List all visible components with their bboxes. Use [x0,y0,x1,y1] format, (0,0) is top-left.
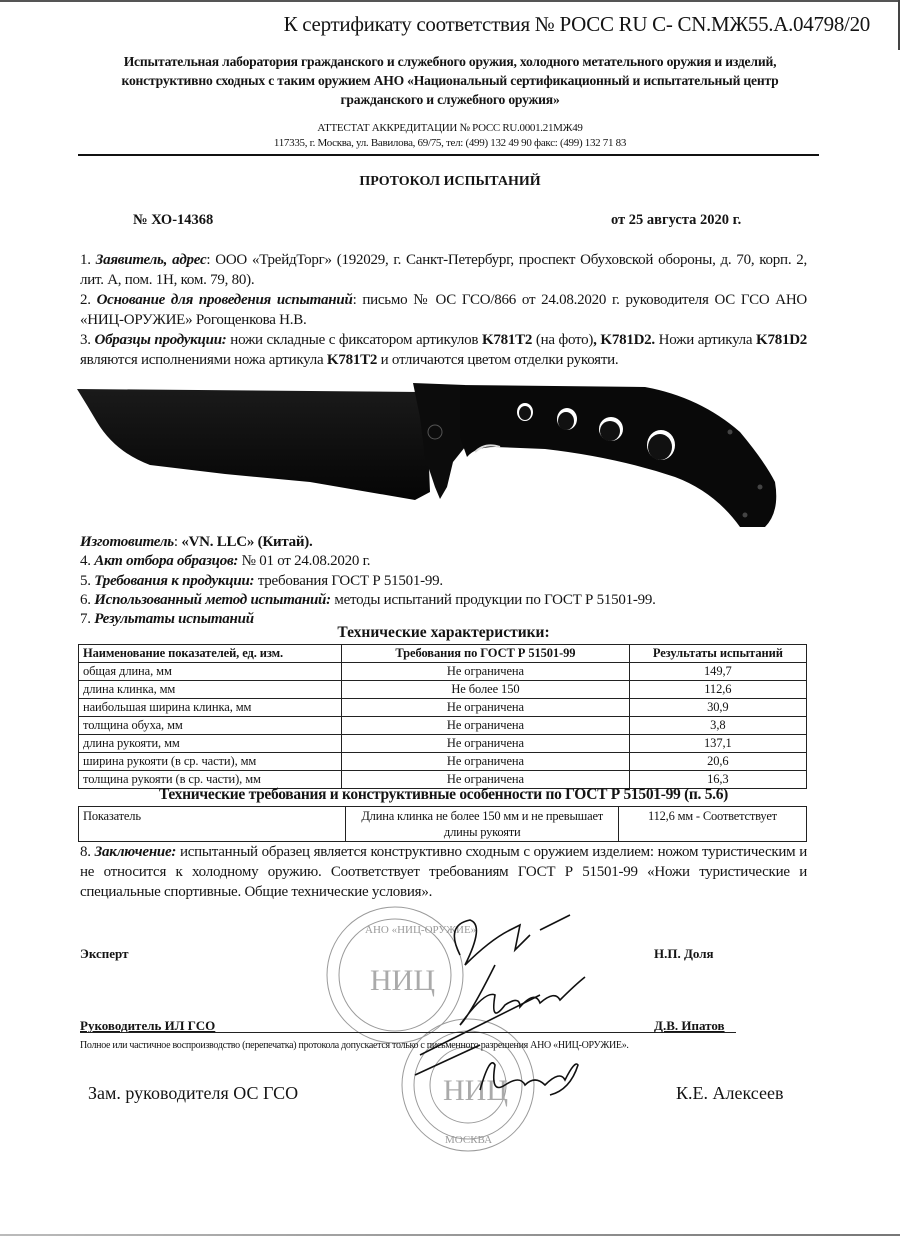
conclusion: 8. Заключение: испытанный образец являет… [80,842,807,902]
knife-photo [75,377,835,527]
item-text: и отличаются цветом отделки рукояти. [377,352,618,368]
item-text: № 01 от 24.08.2020 г. [238,553,370,569]
protocol-number: № ХО-14368 [133,212,213,229]
certificate-reference: К сертификату соответствия № РОСС RU С- … [250,12,870,37]
article-code: K781T2 [482,332,532,348]
table-cell: 149,7 [629,663,806,681]
table-cell: Не ограничена [342,663,630,681]
item-text: методы испытаний продукции по ГОСТ Р 515… [331,592,656,608]
tech-table-title: Технические характеристики: [80,624,807,642]
protocol-date: от 25 августа 2020 г. [611,212,741,229]
stamp-logo: НИЦ [443,1074,508,1107]
table-cell: толщина обуха, мм [79,717,342,735]
column-header: Наименование показателей, ед. изм. [79,645,342,663]
manufacturer-value: «VN. LLC» (Китай). [181,534,312,550]
item-number: 5. [80,573,94,589]
item-number: 1. [80,252,96,268]
table-row: длина рукояти, ммНе ограничена137,1 [79,735,807,753]
item-text: Ножи артикула [655,332,756,348]
items-list: Изготовитель: «VN. LLC» (Китай). 4. Акт … [80,533,807,629]
scan-edge-bottom [0,1234,900,1236]
table-row: толщина обуха, ммНе ограничена3,8 [79,717,807,735]
requirements-table-title: Технические требования и конструктивные … [80,786,807,804]
expert-name: Н.П. Доля [654,946,714,962]
table-row: ширина рукояти (в ср. части), ммНе огран… [79,753,807,771]
table-cell: 30,9 [629,699,806,717]
column-header: Результаты испытаний [629,645,806,663]
table-row: наибольшая ширина клинка, ммНе ограничен… [79,699,807,717]
table-cell: общая длина, мм [79,663,342,681]
item-label: Образцы продукции: [94,332,226,348]
reproduction-footnote: Полное или частичное воспроизводство (пе… [80,1040,810,1051]
item-text: испытанный образец является конструктивн… [80,844,807,900]
item-applicant: 1. Заявитель, адрес: ООО «ТрейдТорг» (19… [80,250,807,290]
table-cell: Показатель [79,807,346,842]
table-row: длина клинка, ммНе более 150112,6 [79,681,807,699]
table-row: Показатель Длина клинка не более 150 мм … [79,807,807,842]
item-number: 8. [80,844,95,860]
requirements-table: Показатель Длина клинка не более 150 мм … [78,806,807,842]
expert-role: Эксперт [80,946,128,962]
deputy-role: Зам. руководителя ОС ГСО [88,1083,298,1104]
table-cell: 20,6 [629,753,806,771]
item-number: 3. [80,332,94,348]
table-cell: Не более 150 [342,681,630,699]
item-samples: 3. Образцы продукции: ножи складные с фи… [80,330,807,370]
lab-name: Испытательная лаборатория гражданского и… [90,52,810,109]
seal-stamp: НИЦ НИЦ АНО «НИЦ-ОРУЖИЕ» МОСКВА [320,895,620,1155]
item-manufacturer: Изготовитель: «VN. LLC» (Китай). [80,533,807,552]
item-number: 4. [80,553,94,569]
article-code: K781T2 [327,352,377,368]
table-cell: 3,8 [629,717,806,735]
item-basis: 2. Основание для проведения испытаний: п… [80,290,807,330]
item-number: 2. [80,292,97,308]
stamp-logo: НИЦ [370,964,435,997]
accreditation-number: АТТЕСТАТ АККРЕДИТАЦИИ № РОСС RU.0001.21М… [90,121,810,136]
column-header: Требования по ГОСТ Р 51501-99 [342,645,630,663]
tech-characteristics-table: Наименование показателей, ед. изм. Требо… [78,644,807,789]
table-cell: 112,6 [629,681,806,699]
head-name: Д.В. Ипатов [654,1018,725,1034]
item-sampling-act: 4. Акт отбора образцов: № 01 от 24.08.20… [80,552,807,571]
stamp-text: АНО «НИЦ-ОРУЖИЕ» [365,924,476,936]
stamp-text: МОСКВА [445,1134,492,1146]
lab-address: 117335, г. Москва, ул. Вавилова, 69/75, … [90,136,810,151]
article-code: K781D2 [756,332,807,348]
item-text: (на фото) [532,332,593,348]
item-label: Акт отбора образцов: [94,553,238,569]
item-number: 6. [80,592,94,608]
item-test-method: 6. Использованный метод испытаний: метод… [80,591,807,610]
item-text: требования ГОСТ Р 51501-99. [254,573,443,589]
table-cell: Длина клинка не более 150 мм и не превыш… [346,807,618,842]
table-cell: ширина рукояти (в ср. части), мм [79,753,342,771]
document-title: ПРОТОКОЛ ИСПЫТАНИЙ [90,174,810,190]
header-divider [78,154,819,156]
table-header-row: Наименование показателей, ед. изм. Требо… [79,645,807,663]
item-label: Основание для проведения испытаний [97,292,353,308]
table-row: общая длина, ммНе ограничена149,7 [79,663,807,681]
item-label: Заявитель, адрес [96,252,207,268]
scan-edge-top [0,0,900,2]
item-text: являются исполнениями ножа артикула [80,352,327,368]
table-cell: 112,6 мм - Соответствует [618,807,806,842]
table-cell: наибольшая ширина клинка, мм [79,699,342,717]
table-cell: длина клинка, мм [79,681,342,699]
item-label: Заключение: [95,844,177,860]
table-cell: длина рукояти, мм [79,735,342,753]
item-label: Использованный метод испытаний: [94,592,331,608]
table-cell: 137,1 [629,735,806,753]
item-label: Изготовитель [80,534,174,550]
table-cell: Не ограничена [342,717,630,735]
accreditation-block: АТТЕСТАТ АККРЕДИТАЦИИ № РОСС RU.0001.21М… [90,121,810,151]
table-cell: Не ограничена [342,699,630,717]
item-text: ножи складные с фиксатором артикулов [227,332,482,348]
deputy-name: К.Е. Алексеев [676,1083,783,1104]
signature-line [80,1032,736,1033]
table-cell: Не ограничена [342,753,630,771]
item-label: Требования к продукции: [94,573,254,589]
article-code: K781D2. [600,332,655,348]
item-requirements: 5. Требования к продукции: требования ГО… [80,572,807,591]
table-cell: Не ограничена [342,735,630,753]
